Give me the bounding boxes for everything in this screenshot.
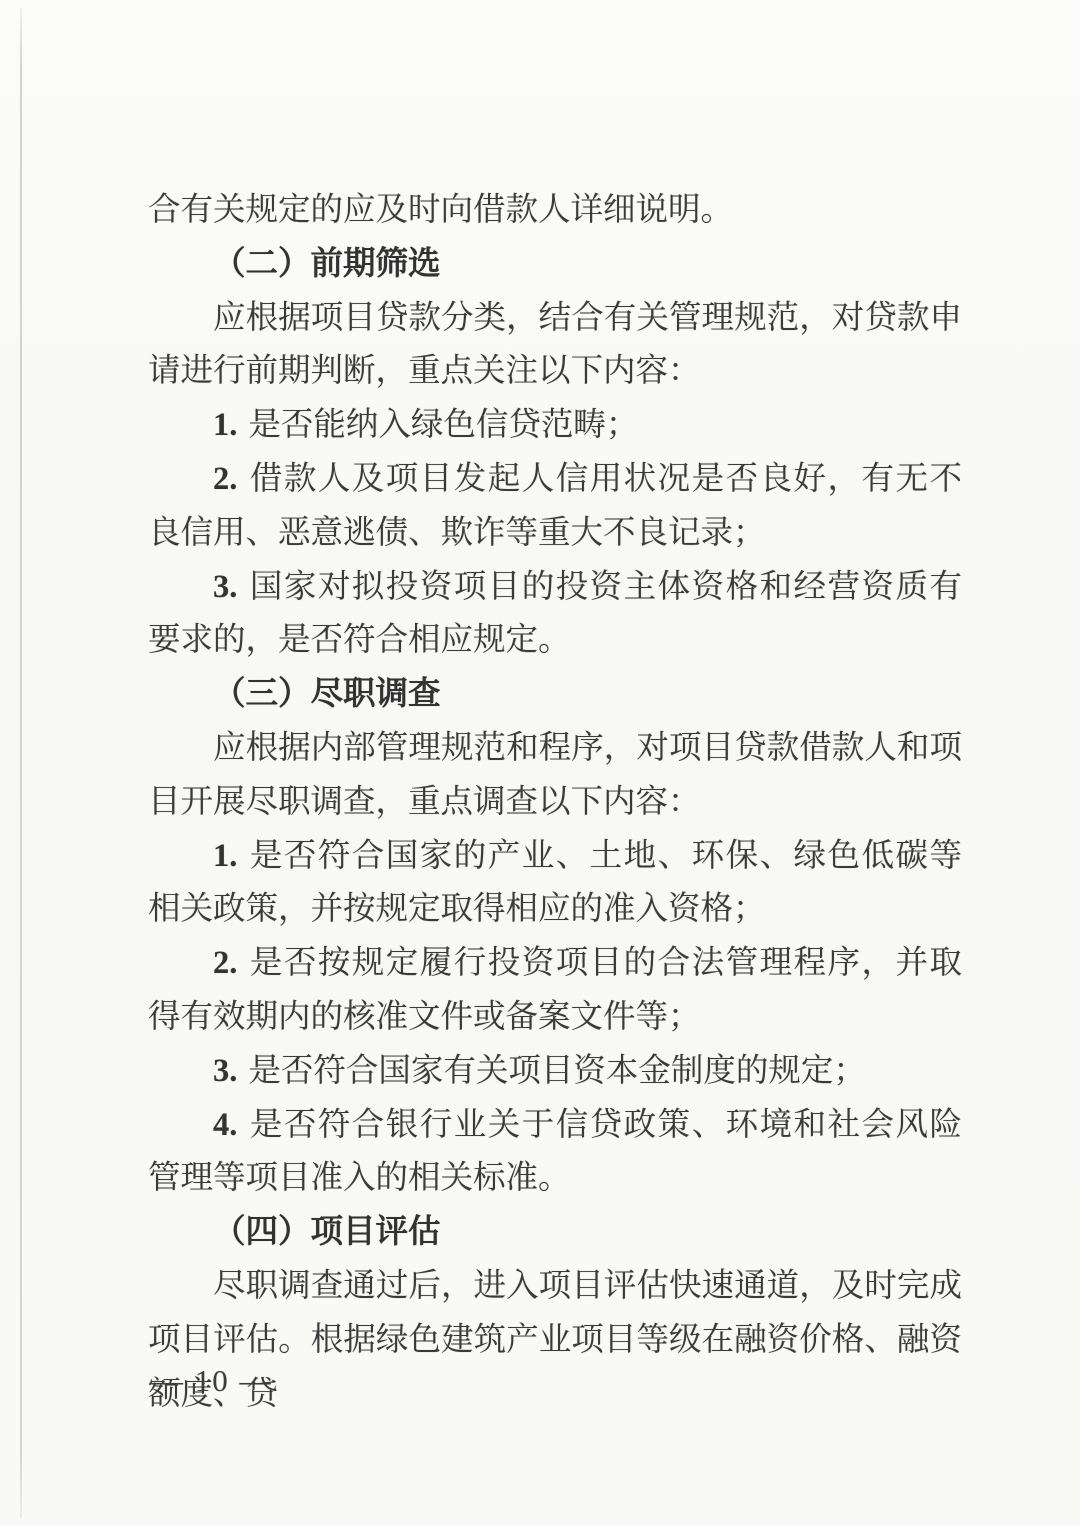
page-number: — 10 — — [152, 1358, 273, 1404]
paragraph: 应根据内部管理规范和程序，对项目贷款借款人和项目开展尽职调查，重点调查以下内容： — [148, 722, 962, 830]
paragraph: 应根据项目贷款分类，结合有关管理规范，对贷款申请进行前期判断，重点关注以下内容： — [148, 292, 962, 400]
list-item-number: 1. — [213, 838, 237, 874]
list-item: 3.是否符合国家有关项目资本金制度的规定； — [148, 1045, 962, 1099]
list-item-number: 3. — [213, 569, 237, 605]
list-item-text: 国家对拟投资项目的投资主体资格和经营资质有要求的，是否符合相应规定。 — [148, 569, 962, 659]
section-heading-3: （三）尽职调查 — [148, 668, 962, 722]
list-item: 4.是否符合银行业关于信贷政策、环境和社会风险管理等项目准入的相关标准。 — [148, 1099, 962, 1207]
section-heading-4: （四）项目评估 — [148, 1206, 962, 1260]
list-item: 1.是否能纳入绿色信贷范畴； — [148, 399, 962, 453]
list-item-number: 3. — [213, 1053, 237, 1089]
list-item: 3.国家对拟投资项目的投资主体资格和经营资质有要求的，是否符合相应规定。 — [148, 561, 962, 669]
list-item-number: 4. — [213, 1107, 237, 1143]
list-item-text: 是否能纳入绿色信贷范畴； — [248, 407, 638, 443]
list-item-text: 是否按规定履行投资项目的合法管理程序，并取得有效期内的核准文件或备案文件等； — [148, 945, 962, 1035]
section-heading-2: （二）前期筛选 — [148, 238, 962, 292]
list-item: 2.是否按规定履行投资项目的合法管理程序，并取得有效期内的核准文件或备案文件等； — [148, 937, 962, 1045]
paragraph-continuation: 合有关规定的应及时向借款人详细说明。 — [148, 184, 962, 238]
document-body: 合有关规定的应及时向借款人详细说明。 （二）前期筛选 应根据项目贷款分类，结合有… — [148, 184, 962, 1421]
list-item: 2.借款人及项目发起人信用状况是否良好，有无不良信用、恶意逃债、欺诈等重大不良记… — [148, 453, 962, 561]
list-item: 1.是否符合国家的产业、土地、环保、绿色低碳等相关政策，并按规定取得相应的准入资… — [148, 830, 962, 938]
list-item-text: 是否符合国家有关项目资本金制度的规定； — [248, 1053, 866, 1089]
scanned-page: 合有关规定的应及时向借款人详细说明。 （二）前期筛选 应根据项目贷款分类，结合有… — [0, 0, 1080, 1526]
scan-edge-artifact — [20, 8, 22, 1518]
list-item-text: 借款人及项目发起人信用状况是否良好，有无不良信用、恶意逃债、欺诈等重大不良记录； — [148, 461, 962, 551]
list-item-number: 2. — [213, 945, 237, 981]
list-item-text: 是否符合国家的产业、土地、环保、绿色低碳等相关政策，并按规定取得相应的准入资格； — [148, 838, 962, 928]
list-item-number: 1. — [213, 407, 237, 443]
list-item-number: 2. — [213, 461, 237, 497]
list-item-text: 是否符合银行业关于信贷政策、环境和社会风险管理等项目准入的相关标准。 — [148, 1107, 962, 1197]
